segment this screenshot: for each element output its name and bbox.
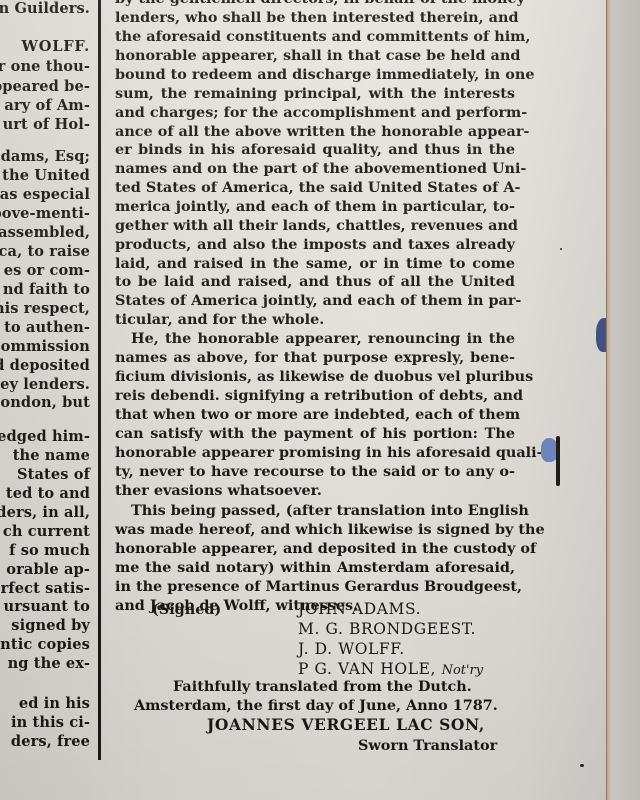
text-line: laid, and raised in the same, or in time… <box>115 257 515 271</box>
left-line: d deposited <box>0 359 90 374</box>
text-line: honorable appearer, and deposited in the… <box>115 542 515 556</box>
left-line: the United <box>2 169 90 184</box>
left-line: ntic copies <box>0 638 90 653</box>
left-line: ch current <box>3 525 90 540</box>
text-line: ficium divisionis, as likewise de duobus… <box>115 370 515 384</box>
left-line: ica, to raise <box>0 245 90 260</box>
left-line: ondon, but <box>0 396 90 411</box>
left-line: ng the ex- <box>8 657 90 672</box>
left-line: n Guilders. <box>0 2 90 17</box>
left-line: ders, free <box>11 735 90 750</box>
translator-title: Sworn Translator <box>358 739 497 753</box>
left-line: ppeared be- <box>0 80 90 95</box>
left-line: ed in his <box>19 697 90 712</box>
text-line: that when two or more are indebted, each… <box>115 408 515 422</box>
newspaper-page: n Guilders. WOLFF. r one thou- ppeared b… <box>0 0 618 800</box>
left-line: ted to and <box>6 487 90 502</box>
text-line: ted States of America, the said United S… <box>115 181 515 195</box>
left-line: nd faith to <box>3 283 90 298</box>
left-line: ders, in all, <box>0 506 90 521</box>
left-line: es or com- <box>4 264 90 279</box>
text-line: names and on the part of the abovementio… <box>115 162 515 176</box>
left-line: bove-menti- <box>0 207 90 222</box>
left-line: ney lenders. <box>0 378 90 393</box>
left-line: as especial <box>0 188 90 203</box>
text-line: ticular, and for the whole. <box>115 313 515 327</box>
left-column: n Guilders. WOLFF. r one thou- ppeared b… <box>0 0 92 800</box>
left-line: r one thou- <box>0 60 90 75</box>
left-line: commission <box>0 340 90 355</box>
text-line: gether with all their lands, chattles, r… <box>115 219 515 233</box>
left-heading: WOLFF. <box>22 40 91 55</box>
notary-title: Not'ry <box>442 663 484 678</box>
signature-name: J. D. WOLFF. <box>298 642 405 658</box>
text-line: sum, the remaining principal, with the i… <box>115 87 515 101</box>
left-line: dams, Esq; <box>1 150 90 165</box>
left-line: signed by <box>11 619 90 634</box>
text-line: lenders, who shall be then interested th… <box>115 11 515 25</box>
left-line: urt of Hol- <box>3 118 90 133</box>
text-line: me the said notary) within Amsterdam afo… <box>115 561 515 575</box>
text-line: ty, never to have recourse to the said o… <box>115 465 515 479</box>
left-line: ursuant to <box>4 600 91 615</box>
signed-label: (Signed) <box>152 603 221 617</box>
text-line: He, the honorable appearer, renouncing i… <box>115 332 515 346</box>
left-line: rfect satis- <box>1 582 90 597</box>
column-rule <box>98 0 101 760</box>
speck <box>580 764 584 767</box>
notary-signature: P G. VAN HOLE, Not'ry <box>298 662 483 678</box>
text-line: This being passed, (after translation in… <box>115 504 515 518</box>
left-line: the name <box>13 449 90 464</box>
text-line: the aforesaid constituents and committen… <box>115 30 515 44</box>
text-line: can satisfy with the payment of his port… <box>115 427 515 441</box>
text-line: bound to redeem and discharge immediatel… <box>115 68 515 82</box>
dateline: Amsterdam, the first day of June, Anno 1… <box>134 699 498 713</box>
text-line: by the gentlemen directors, in behalf of… <box>115 0 515 6</box>
left-line: assembled, <box>0 226 90 241</box>
text-line: names as above, for that purpose expresl… <box>115 351 515 365</box>
text-line: reis debendi. signifying a retribution o… <box>115 389 515 403</box>
ink-stain <box>556 436 560 486</box>
left-line: States of <box>17 468 90 483</box>
notary-name: P G. VAN HOLE, <box>298 660 436 678</box>
signature-name: JOHN ADAMS. <box>298 602 421 618</box>
left-line: f so much <box>9 544 90 559</box>
text-line: and charges; for the accomplishment and … <box>115 106 515 120</box>
translation-note: Faithfully translated from the Dutch. <box>173 680 472 694</box>
text-line: merica jointly, and each of them in part… <box>115 200 515 214</box>
text-line: honorable appearer, shall in that case b… <box>115 49 515 63</box>
speck <box>560 248 562 250</box>
left-line: to authen- <box>4 321 90 336</box>
left-line: edged him- <box>0 430 90 445</box>
text-line: ther evasions whatsoever. <box>115 484 515 498</box>
text-line: products, and also the imposts and taxes… <box>115 238 515 252</box>
text-line: to be laid and raised, and thus of all t… <box>115 275 515 289</box>
text-line: ance of all the above written the honora… <box>115 125 515 139</box>
page-edge <box>606 0 640 800</box>
text-line: honorable appearer promising in his afor… <box>115 446 515 460</box>
text-line: er binds in his aforesaid quality, and t… <box>115 143 515 157</box>
left-line: ary of Am- <box>4 99 90 114</box>
left-line: his respect, <box>0 302 90 317</box>
signature-name: M. G. BRONDGEEST. <box>298 622 476 638</box>
text-line: was made hereof, and which likewise is s… <box>115 523 515 537</box>
left-line: orable ap- <box>6 563 90 578</box>
text-line: States of America jointly, and each of t… <box>115 294 515 308</box>
text-line: in the presence of Martinus Gerardus Bro… <box>115 580 515 594</box>
translator-name: JOANNES VERGEEL LAC SON, <box>207 717 485 733</box>
left-line: in this ci- <box>11 716 90 731</box>
